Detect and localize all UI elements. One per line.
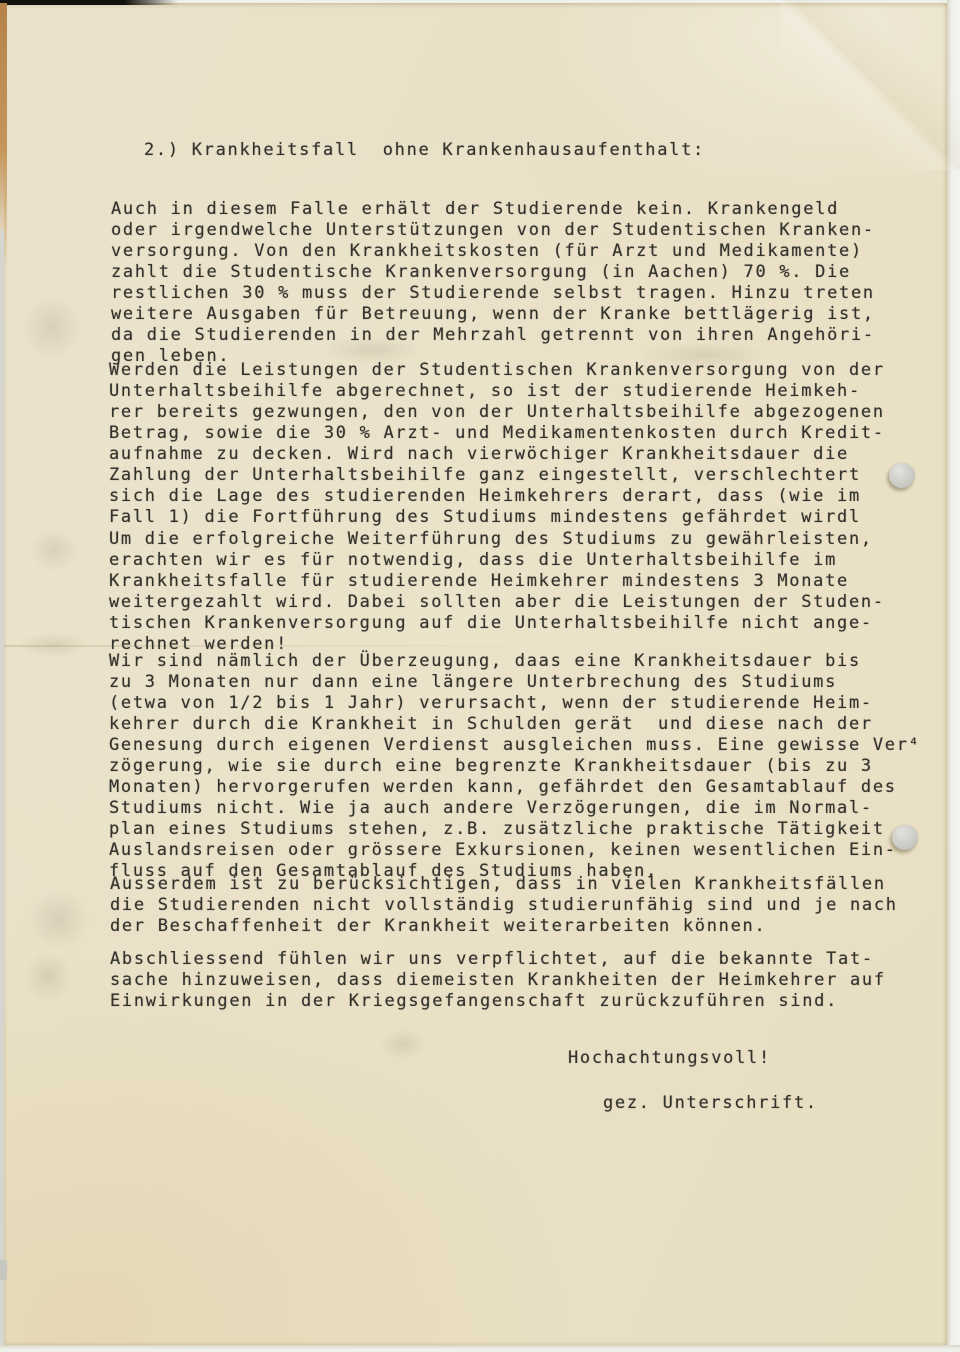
section-heading: 2.) Krankheitsfall ohne Krankenhausaufen… [144, 140, 705, 161]
text-line: Studiums nicht. Wie ja auch andere Verzö… [109, 798, 921, 819]
text-line: sache hinzuweisen, dass diemeisten Krank… [110, 970, 886, 991]
text-line: erachten wir es für notwendig, dass die … [109, 550, 885, 571]
text-line: aufnahme zu decken. Wird nach vierwöchig… [109, 444, 885, 465]
punch-hole-bottom [892, 825, 918, 850]
scan-edge-left-top [0, 3, 7, 268]
text-line: weitergezahlt wird. Dabei sollten aber d… [109, 592, 885, 613]
text-line: Ausserdem ist zu berücksichtigen, dass i… [110, 874, 898, 895]
scan-edge-notch [0, 1260, 7, 1280]
closing-salutation: Hochachtungsvoll! [568, 1048, 771, 1069]
paragraph: Wir sind nämlich der Überzeugung, daas e… [109, 651, 921, 882]
paragraph: Abschliessend fühlen wir uns verpflichte… [110, 949, 886, 1012]
text-line: versorgung. Von den Krankheitskosten (fü… [111, 241, 875, 262]
text-line: tischen Krankenversorgung auf die Unterh… [109, 613, 885, 634]
text-line: Wir sind nämlich der Überzeugung, daas e… [109, 651, 921, 672]
text-line: Auch in diesem Falle erhält der Studiere… [111, 199, 875, 220]
text-line: die Studierenden nicht vollständig studi… [110, 895, 898, 916]
scanned-page: 2.) Krankheitsfall ohne Krankenhausaufen… [0, 0, 960, 1352]
text-line: Monaten) hervorgerufen werden kann, gefä… [109, 777, 921, 798]
text-line: Fall 1) die Fortführung des Studiums min… [109, 507, 885, 528]
text-line: Unterhaltsbeihilfe abgerechnet, so ist d… [109, 381, 885, 402]
text-line: zögerung, wie sie durch eine begrenzte K… [109, 756, 921, 777]
scan-edge-left [0, 230, 4, 1346]
text-line: Abschliessend fühlen wir uns verpflichte… [110, 949, 886, 970]
text-line: da die Studierenden in der Mehrzahl getr… [111, 325, 875, 346]
scan-edge-top [0, 0, 178, 5]
paragraph: Werden die Leistungen der Studentischen … [109, 360, 885, 528]
text-line: Um die erfolgreiche Weiterführung des St… [109, 529, 885, 550]
text-line: (etwa von 1/2 bis 1 Jahr) verursacht, we… [109, 693, 921, 714]
text-line: Zahlung der Unterhaltsbeihilfe ganz eing… [109, 465, 885, 486]
text-line: rer bereits gezwungen, den von der Unter… [109, 402, 885, 423]
text-line: Einwirkungen in der Kriegsgefangenschaft… [110, 991, 886, 1012]
text-line: der Beschaffenheit der Krankheit weitera… [110, 916, 898, 937]
punch-hole-top [889, 463, 915, 488]
scan-edge-right [947, 0, 960, 1352]
text-line: kehrer durch die Krankheit in Schulden g… [109, 714, 921, 735]
text-line: Genesung durch eigenen Verdienst ausglei… [109, 735, 921, 756]
text-line: restlichen 30 % muss der Studierende sel… [111, 283, 875, 304]
text-line: Werden die Leistungen der Studentischen … [109, 360, 885, 381]
text-line: zahlt die Studentische Krankenversorgung… [111, 262, 875, 283]
text-line: Auslandsreisen oder grössere Exkursionen… [109, 840, 921, 861]
paragraph: Auch in diesem Falle erhält der Studiere… [111, 199, 875, 367]
paragraph: Ausserdem ist zu berücksichtigen, dass i… [110, 874, 898, 937]
text-line: oder irgendwelche Unterstützungen von de… [111, 220, 875, 241]
text-line: Betrag, sowie die 30 % Arzt- und Medikam… [109, 423, 885, 444]
text-line: weitere Ausgaben für Betreuung, wenn der… [111, 304, 875, 325]
paragraph: Um die erfolgreiche Weiterführung des St… [109, 529, 885, 655]
signature-line: gez. Unterschrift. [603, 1093, 818, 1114]
scan-edge-bottom [0, 1345, 960, 1352]
text-line: zu 3 Monaten nur dann eine längere Unter… [109, 672, 921, 693]
text-line: plan eines Studiums stehen, z.B. zusätzl… [109, 819, 921, 840]
text-line: Krankheitsfalle für studierende Heimkehr… [109, 571, 885, 592]
text-line: sich die Lage des studierenden Heimkehre… [109, 486, 885, 507]
